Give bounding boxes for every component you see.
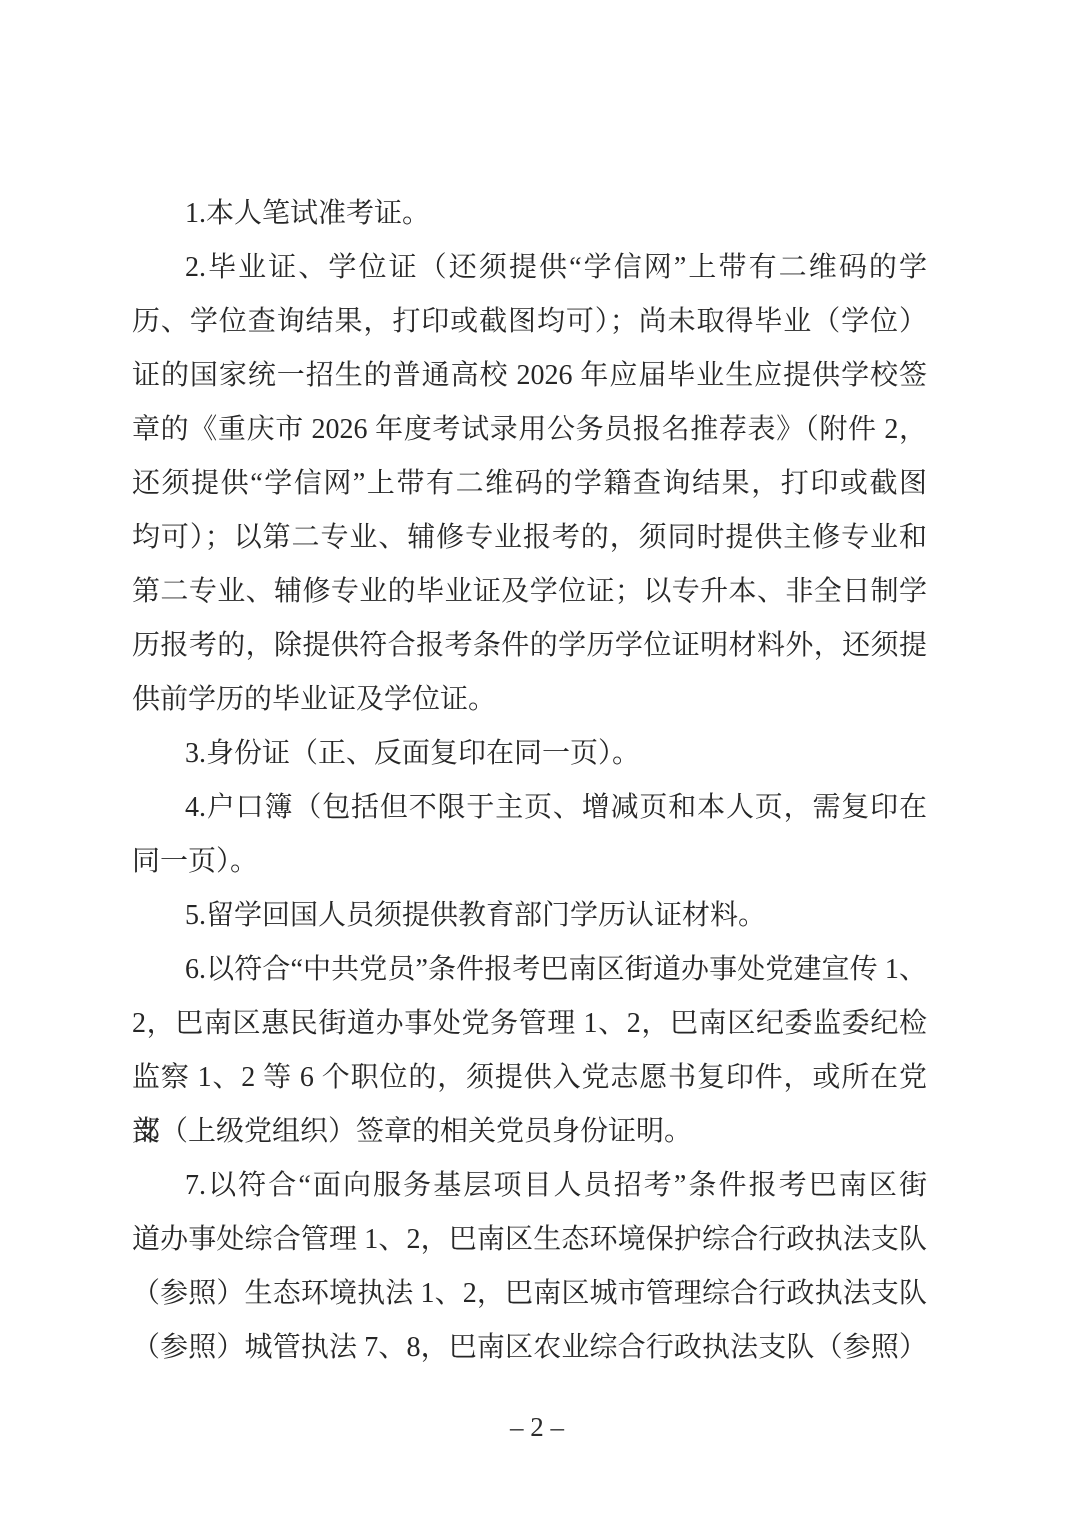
document-body: 1.本人笔试准考证。 2.毕业证、学位证（还须提供“学信网”上带有二维码的学 历… — [132, 187, 927, 1375]
document-line: 还须提供“学信网”上带有二维码的学籍查询结果，打印或截图 — [132, 457, 927, 511]
document-line: 历报考的，除提供符合报考条件的学历学位证明材料外，还须提 — [132, 619, 927, 673]
document-line: 5.留学回国人员须提供教育部门学历认证材料。 — [132, 889, 927, 943]
page-footer: – 2 – — [0, 1410, 1074, 1444]
document-line: 2，巴南区惠民街道办事处党务管理 1、2，巴南区纪委监委纪检 — [132, 997, 927, 1051]
document-line: 供前学历的毕业证及学位证。 — [132, 673, 927, 727]
document-line: 证的国家统一招生的普通高校 2026 年应届毕业生应提供学校签 — [132, 349, 927, 403]
document-line: 6.以符合“中共党员”条件报考巴南区街道办事处党建宣传 1、 — [132, 943, 927, 997]
document-line: 2.毕业证、学位证（还须提供“学信网”上带有二维码的学 — [132, 241, 927, 295]
document-line: （参照）生态环境执法 1、2，巴南区城市管理综合行政执法支队 — [132, 1267, 927, 1321]
document-line: 3.身份证（正、反面复印在同一页）。 — [132, 727, 927, 781]
document-line: 4.户口簿（包括但不限于主页、增减页和本人页，需复印在 — [132, 781, 927, 835]
document-line: 监察 1、2 等 6 个职位的，须提供入党志愿书复印件，或所在党支 — [132, 1051, 927, 1105]
page-number: – 2 – — [510, 1412, 564, 1442]
document-page: 1.本人笔试准考证。 2.毕业证、学位证（还须提供“学信网”上带有二维码的学 历… — [0, 0, 1074, 1520]
document-line: 历、学位查询结果，打印或截图均可）；尚未取得毕业（学位） — [132, 295, 927, 349]
document-line: 第二专业、辅修专业的毕业证及学位证；以专升本、非全日制学 — [132, 565, 927, 619]
document-line: 7.以符合“面向服务基层项目人员招考”条件报考巴南区街 — [132, 1159, 927, 1213]
document-line: 1.本人笔试准考证。 — [132, 187, 927, 241]
document-line: 章的《重庆市 2026 年度考试录用公务员报名推荐表》（附件 2， — [132, 403, 927, 457]
document-line: 同一页）。 — [132, 835, 927, 889]
document-line: 部（上级党组织）签章的相关党员身份证明。 — [132, 1105, 927, 1159]
document-line: （参照）城管执法 7、8，巴南区农业综合行政执法支队（参照） — [132, 1321, 927, 1375]
document-line: 均可）；以第二专业、辅修专业报考的，须同时提供主修专业和 — [132, 511, 927, 565]
document-line: 道办事处综合管理 1、2，巴南区生态环境保护综合行政执法支队 — [132, 1213, 927, 1267]
